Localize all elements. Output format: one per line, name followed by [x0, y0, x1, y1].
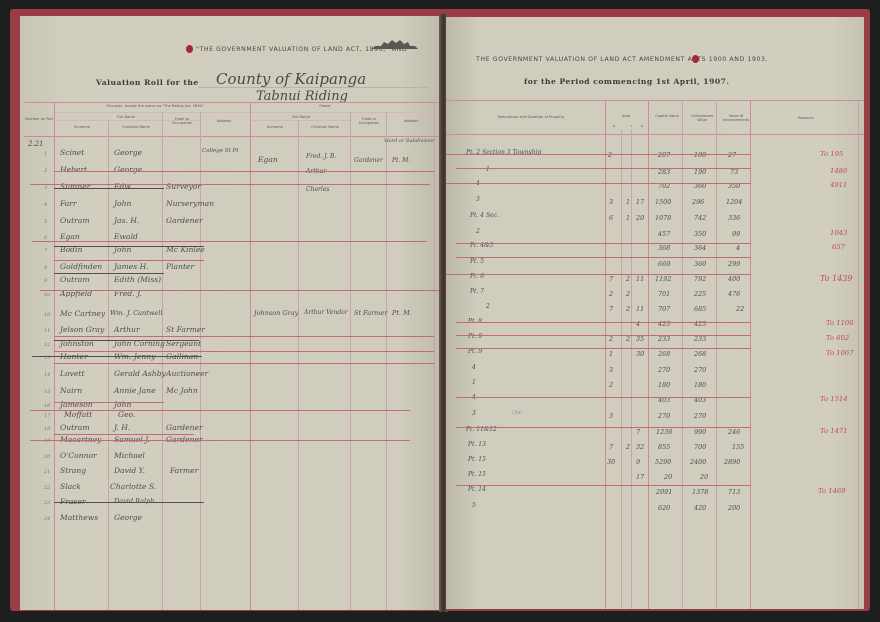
area-perches: p: [638, 124, 646, 128]
trade: Mc John: [166, 386, 198, 395]
remark: 4911: [830, 181, 847, 189]
christian-name: Arthur: [114, 325, 140, 334]
area-perches: 9: [636, 458, 640, 466]
area-acres: 7: [609, 305, 613, 313]
capital-value: 620: [658, 504, 670, 512]
col-surname: Surname: [56, 125, 108, 129]
capital-value: 1236: [656, 428, 672, 436]
unimproved-value: 350: [694, 230, 706, 238]
act-line-right: THE GOVERNMENT VALUATION OF LAND ACT AME…: [476, 56, 768, 63]
area-perches: 35: [636, 335, 644, 343]
improvements-value: 27: [728, 151, 736, 159]
strike-line: [54, 502, 204, 503]
area-roods: 2: [626, 443, 630, 451]
capital-value: 1500: [655, 198, 671, 206]
unimproved-value: 180: [694, 381, 706, 389]
surname: Strang: [60, 466, 86, 475]
rule: [446, 134, 864, 135]
property-description: 5: [472, 502, 476, 509]
remark: To 1469: [818, 487, 846, 495]
remark: To 1067: [826, 349, 854, 357]
table-row: 21 Strang David Y. Farmer: [20, 463, 441, 480]
area-acres: 2: [609, 335, 613, 343]
surname: Goldfinden: [60, 262, 102, 271]
christian-name: John: [114, 199, 131, 208]
row-number: 12: [44, 342, 50, 348]
improvements-value: 73: [730, 168, 738, 176]
unimproved-value: 270: [694, 412, 706, 420]
strike-line: [456, 322, 751, 323]
area-acres: 2: [609, 381, 613, 389]
improvements-value: 246: [728, 428, 740, 436]
remark: 657: [832, 243, 845, 251]
remark: 1486: [830, 167, 847, 175]
area-perches: 30: [636, 350, 644, 358]
address: College St Pt: [202, 148, 238, 154]
christian-name: Ewald: [114, 232, 138, 241]
table-row: 10 Mc Cartney Wm. J. Cantwell Johnson Gr…: [20, 306, 441, 323]
area-acres: 7: [609, 275, 613, 283]
col-trade: Trade or Occupation: [164, 117, 200, 125]
area-roods: r: [628, 124, 636, 128]
christian-name: Jas. H.: [114, 216, 139, 225]
red-seal-mark: [186, 45, 193, 53]
surname: Farr: [60, 199, 77, 208]
row-number: 23: [44, 500, 50, 506]
trade: St Farmer: [166, 325, 205, 334]
strike-line: [54, 434, 194, 435]
improvements-value: 1204: [726, 198, 742, 206]
strike-line: [30, 410, 410, 411]
owner-christian: Charles: [306, 186, 329, 193]
property-description: Pt. 9: [468, 348, 482, 355]
table-row: 1 Scinet George College St Pt Egan Fred.…: [20, 145, 441, 162]
improvements-value: 99: [732, 230, 740, 238]
christian-name: David Ralph: [114, 497, 154, 505]
strike-line: [456, 348, 751, 349]
property-description: Pt. 7: [470, 288, 484, 295]
trade: Nurseryman: [166, 199, 214, 208]
remark: To 1106: [826, 319, 854, 327]
table-row: Pt. 4&5 368 364 4 657: [446, 239, 864, 256]
property-description: Pt. 15: [468, 471, 486, 478]
area-roods: 2: [626, 275, 630, 283]
surname: Moffatt: [64, 410, 92, 419]
table-row: 14 Lovett Gerald Ashby Auctioneer: [20, 366, 441, 383]
remark: To 602: [826, 334, 849, 342]
christian-name: Michael: [114, 451, 145, 460]
row-number: 21: [44, 469, 50, 475]
area-acres: 3: [609, 198, 613, 206]
capital-value: 207: [658, 151, 670, 159]
row-number: 15: [44, 389, 50, 395]
table-row: 4 Farr John Nurseryman: [20, 196, 441, 213]
area-acres: 3: [609, 366, 613, 374]
area-acres: 7: [609, 443, 613, 451]
rule: [250, 120, 350, 121]
area-acres: 2: [609, 290, 613, 298]
strike-line: [456, 335, 751, 336]
col-capital: Capital Value: [652, 114, 682, 118]
unimproved-value: 990: [694, 428, 706, 436]
remark: To 195: [820, 150, 843, 158]
area-roods: 1: [626, 214, 630, 222]
improvements-value: 155: [732, 443, 744, 451]
occupier-section-label: Occupier, except the owner as "The Ratin…: [60, 104, 250, 108]
unimproved-value: 190: [694, 168, 706, 176]
owner-christian: Fred. J. B.: [306, 153, 336, 160]
red-seal-mark: [692, 55, 699, 63]
ward-label: Ward or Subdivision: [384, 138, 435, 144]
unimproved-value: 270: [694, 366, 706, 374]
row-number: 22: [44, 485, 50, 491]
capital-value: 707: [658, 305, 670, 313]
capital-value: 270: [658, 412, 670, 420]
surname: Mc Cartney: [60, 309, 105, 318]
area-acres: 6: [609, 214, 613, 222]
strike-line: [446, 154, 751, 155]
unimproved-value: 1378: [692, 488, 708, 496]
capital-value: 1078: [655, 214, 671, 222]
remark: To 1471: [820, 427, 848, 435]
unimproved-value: 268: [694, 350, 706, 358]
unimproved-value: 180: [694, 151, 706, 159]
capital-value: 180: [658, 381, 670, 389]
christian-name: Edith (Miss): [114, 275, 161, 284]
trade: Gardener: [166, 423, 203, 432]
underline: [198, 87, 428, 88]
area-perches: 17: [636, 473, 644, 481]
trade: Gardener: [166, 216, 203, 225]
owner-christian: Christian Name: [300, 125, 350, 129]
row-number: 24: [44, 516, 50, 522]
strike-line: [54, 260, 204, 261]
col-improvements: Value of Improvements: [720, 114, 752, 122]
ward: Pt. M.: [392, 309, 412, 317]
remark: To 1514: [820, 395, 848, 403]
strike-line: [446, 183, 751, 184]
table-row: 5 620 420 200: [446, 499, 864, 516]
col-address: Address: [202, 119, 246, 123]
strike-line: [456, 397, 751, 398]
area-roods: 2: [626, 335, 630, 343]
row-number: 8: [44, 265, 47, 271]
area-roods: 2: [626, 290, 630, 298]
table-row: 9a Appfield Fred. J.: [20, 286, 441, 303]
strike-line: [456, 485, 751, 486]
area-perches: 11: [636, 305, 644, 313]
improvements-value: 713: [728, 488, 740, 496]
improvements-value: 2890: [724, 458, 740, 466]
property-description: Pt. 14: [468, 486, 486, 493]
table-row: 4 403 403 To 1514: [446, 391, 864, 408]
col-area: Area: [606, 114, 646, 118]
property-description: Pt. 4 Sec.: [470, 212, 499, 219]
unimproved-value: 685: [694, 305, 706, 313]
strike-line: [54, 273, 164, 274]
capital-value: 701: [658, 290, 670, 298]
unimproved-value: 700: [694, 443, 706, 451]
christian-name: James H.: [114, 262, 149, 271]
unimproved-value: 20: [700, 473, 708, 481]
surname: Outram: [60, 216, 90, 225]
property-description: Pt. 15: [468, 456, 486, 463]
capital-value: 457: [658, 230, 670, 238]
christian-name: George: [114, 513, 142, 522]
unimproved-value: 296: [692, 198, 704, 206]
area-acres: 3: [609, 412, 613, 420]
table-row: 24 Matthews George: [20, 510, 441, 527]
right-page: THE GOVERNMENT VALUATION OF LAND ACT AME…: [446, 17, 864, 609]
table-row: 7 Bodin John Mc Kinlee: [20, 242, 441, 259]
area-perches: 17: [636, 198, 644, 206]
row-number: 11: [44, 328, 50, 334]
rule: [24, 136, 441, 137]
owner-address: Address: [388, 119, 434, 123]
remark: 1043: [830, 229, 847, 237]
christian-name: George: [114, 148, 142, 157]
strike-line: [32, 241, 427, 242]
christian-name: Wm. J. Cantwell: [110, 309, 162, 317]
table-row: 4 702 360 350 4911: [446, 177, 864, 194]
strike-line: [30, 184, 430, 185]
strike-line: [54, 336, 434, 337]
area-perches: 32: [636, 443, 644, 451]
christian-name: Geo.: [118, 410, 135, 419]
rule: [54, 112, 434, 113]
unimproved-value: 233: [694, 335, 706, 343]
period-line: for the Period commencing 1st April, 190…: [524, 77, 730, 86]
capital-value: 283: [658, 168, 670, 176]
property-description: 3: [472, 410, 476, 417]
col-remarks: Remarks: [766, 116, 846, 120]
capital-value: 669: [658, 260, 670, 268]
capital-value: 268: [658, 350, 670, 358]
area-roods: 2: [626, 305, 630, 313]
strike-line: [40, 290, 440, 291]
table-row: 3 3 1 17 1500 296 1204: [446, 193, 864, 210]
table-row: 5 Outram Jas. H. Gardener: [20, 213, 441, 230]
unimproved-value: 360: [694, 260, 706, 268]
surname: Lovett: [60, 369, 85, 378]
surname: O'Connor: [60, 451, 97, 460]
improvements-value: 22: [736, 305, 744, 313]
area-acres: 2: [608, 151, 612, 159]
row-number: 20: [44, 454, 50, 460]
unimproved-value: 792: [694, 275, 706, 283]
row-number: 10: [44, 312, 50, 318]
property-description: Pt. 13: [468, 441, 486, 448]
unimproved-value: 364: [694, 244, 706, 252]
owner-christian: Arthur Vendor: [304, 309, 348, 316]
county-name: County of Kaipanga: [216, 70, 366, 88]
surname: Matthews: [60, 513, 98, 522]
strike-line: [446, 274, 751, 275]
property-description: 2: [486, 303, 490, 310]
strike-line: [54, 188, 164, 189]
surname: Scinet: [60, 148, 84, 157]
property-description: 1: [472, 379, 476, 386]
unimproved-value: 420: [694, 504, 706, 512]
row-number: 1: [44, 151, 47, 157]
strike-line: [456, 243, 751, 244]
area-perches: 7: [636, 428, 640, 436]
capital-value: 368: [658, 244, 670, 252]
capital-value: 1192: [655, 275, 671, 283]
row-number: 17: [44, 413, 50, 419]
strike-line: [54, 340, 199, 341]
strike-line: [456, 427, 751, 428]
rule: [24, 102, 441, 103]
table-row: Pt. 4 Sec. 6 1 20 1078 742 336: [446, 209, 864, 226]
owner-surname: Johnson Gray: [254, 309, 298, 317]
strike-line: [54, 402, 164, 403]
surname: Egan: [60, 232, 80, 241]
row-number: 14: [44, 372, 50, 378]
area-acres: 1: [609, 350, 613, 358]
improvements-value: 299: [728, 260, 740, 268]
roll-for-label: Valuation Roll for the: [96, 78, 199, 87]
rule: [446, 100, 864, 101]
christian-name: Charlotte S.: [110, 482, 156, 491]
row-number: 9a: [44, 292, 50, 298]
surname: Nairn: [60, 386, 82, 395]
improvements-value: 336: [728, 214, 740, 222]
unimproved-value: 225: [694, 290, 706, 298]
unimproved-value: 2400: [690, 458, 706, 466]
property-description: Pt. 5: [470, 258, 484, 265]
improvements-value: 4: [736, 244, 740, 252]
remark: To 1439: [820, 274, 852, 283]
area-roods: 1: [626, 198, 630, 206]
row-number: 4: [44, 202, 47, 208]
row-number: 7: [44, 248, 47, 254]
owner-trade: St Farmer: [354, 309, 387, 317]
strike-line: [54, 363, 434, 364]
owner-surname: Surname: [252, 125, 298, 129]
improvements-value: 476: [728, 290, 740, 298]
christian-name: J. H.: [114, 423, 130, 432]
strike-line: [54, 171, 434, 172]
strike-line: [54, 246, 204, 247]
row-number: 3: [44, 185, 47, 191]
improvements-value: 400: [728, 275, 740, 283]
row-number: 5: [44, 219, 47, 225]
christian-name: George: [114, 165, 142, 174]
property-description: 4: [472, 364, 476, 371]
christian-name: David Y.: [114, 466, 145, 475]
trade: Farmer: [170, 466, 198, 475]
strike-line: [54, 351, 434, 352]
col-description: Description and Situation of Property: [456, 115, 606, 119]
strike-line: [32, 356, 202, 357]
surname: Hebert: [60, 165, 87, 174]
capital-value: 270: [658, 366, 670, 374]
row-number: 19: [44, 438, 50, 444]
owner-section-label: Owner: [270, 104, 380, 108]
capital-value: 20: [664, 473, 672, 481]
property-description: 2: [476, 228, 480, 235]
unimproved-value: 742: [694, 214, 706, 222]
strike-line: [456, 168, 751, 169]
strike-line: [30, 440, 410, 441]
trade: Planter: [166, 262, 194, 271]
col-unimproved: Unimproved Value: [686, 114, 718, 122]
area-perches: 20: [636, 214, 644, 222]
area-acres: a: [610, 124, 618, 128]
property-description: 3: [476, 196, 480, 203]
area-acres: 30: [607, 458, 615, 466]
row-number: 9: [44, 278, 47, 284]
crest-icon: [370, 38, 420, 50]
surname: Jelson Gray: [60, 325, 104, 334]
christian-name: Gerald Ashby: [114, 369, 166, 378]
col-christian: Christian Name: [110, 125, 162, 129]
col-number: Number on Roll: [24, 117, 54, 121]
row-number: 2: [44, 168, 47, 174]
capital-value: 233: [658, 335, 670, 343]
capital-value: 5290: [655, 458, 671, 466]
capital-value: 855: [658, 443, 670, 451]
surname: Slack: [60, 482, 81, 491]
christian-name: Annie Jane: [114, 386, 156, 395]
trade: Auctioneer: [166, 369, 208, 378]
capital-value: 2091: [656, 488, 672, 496]
strike-line: [456, 257, 751, 258]
blue-stamp-note: (3a): [512, 410, 522, 416]
table-row: 3 3 270 270: [446, 407, 864, 424]
area-perches: 11: [636, 275, 644, 283]
owner-trade: Trade or Occupation: [352, 117, 386, 125]
surname: Outram: [60, 423, 90, 432]
left-page: "THE GOVERNMENT VALUATION OF LAND ACT, 1…: [20, 16, 441, 610]
improvements-value: 200: [728, 504, 740, 512]
surname: Outram: [60, 275, 90, 284]
owner-full-name: Full Name: [252, 115, 350, 119]
